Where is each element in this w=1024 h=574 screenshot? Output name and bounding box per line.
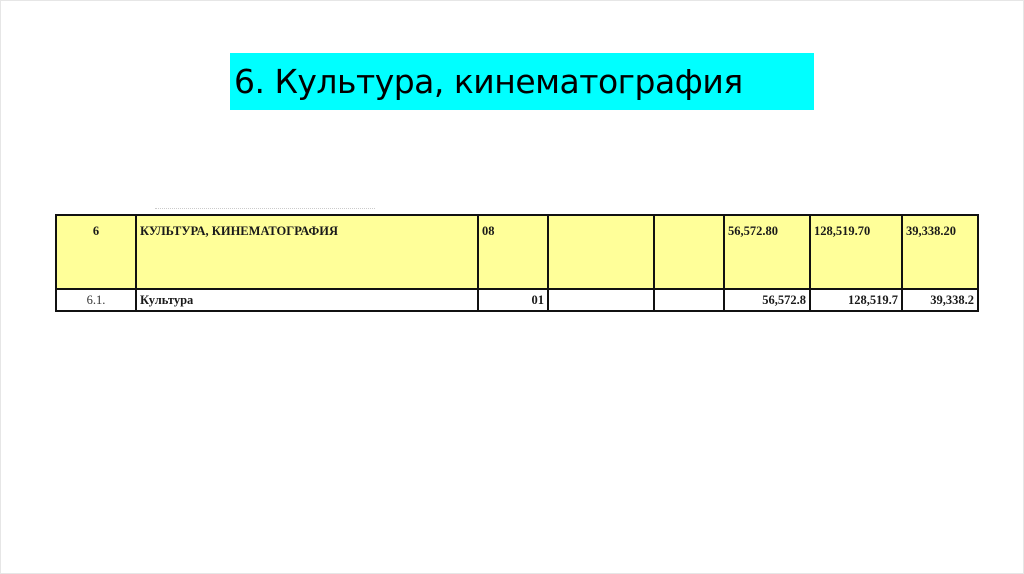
empty-cell xyxy=(654,289,724,311)
value-2: 128,519.7 xyxy=(810,289,902,311)
row-number: 6 xyxy=(56,215,136,289)
empty-cell xyxy=(548,215,654,289)
value-3: 39,338.20 xyxy=(902,215,978,289)
value-1: 56,572.80 xyxy=(724,215,810,289)
row-name: Культура xyxy=(136,289,478,311)
value-3: 39,338.2 xyxy=(902,289,978,311)
row-name: КУЛЬТУРА, КИНЕМАТОГРАФИЯ xyxy=(136,215,478,289)
cropped-previous-row-remnant xyxy=(155,208,375,213)
slide-title: 6. Культура, кинематография xyxy=(230,53,814,110)
budget-table: 6 КУЛЬТУРА, КИНЕМАТОГРАФИЯ 08 56,572.80 … xyxy=(55,214,979,312)
value-1: 56,572.8 xyxy=(724,289,810,311)
value-2: 128,519.70 xyxy=(810,215,902,289)
row-code: 08 xyxy=(478,215,548,289)
row-number: 6.1. xyxy=(56,289,136,311)
table-row-section: 6 КУЛЬТУРА, КИНЕМАТОГРАФИЯ 08 56,572.80 … xyxy=(56,215,978,289)
empty-cell xyxy=(654,215,724,289)
table-row-subsection: 6.1. Культура 01 56,572.8 128,519.7 39,3… xyxy=(56,289,978,311)
empty-cell xyxy=(548,289,654,311)
row-code: 01 xyxy=(478,289,548,311)
